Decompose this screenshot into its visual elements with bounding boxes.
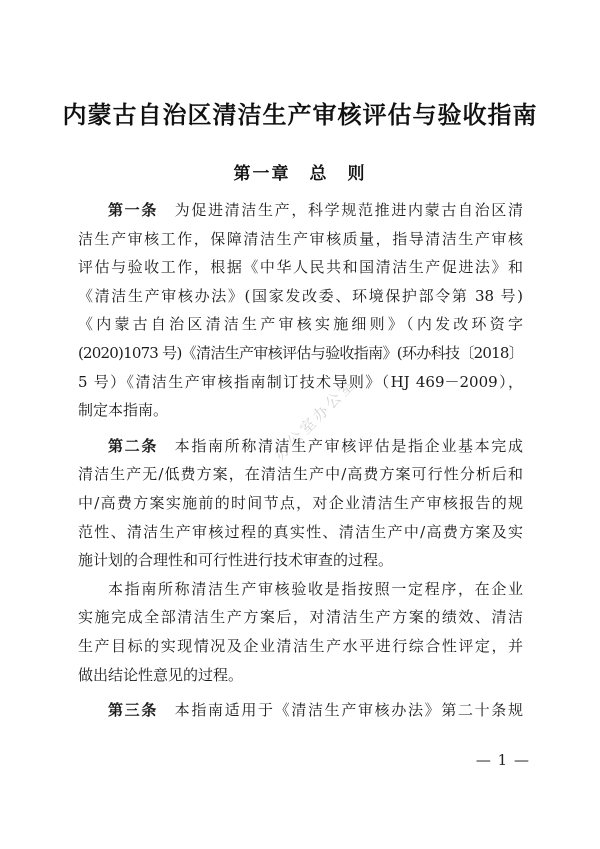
body-line: 《清洁生产审核办法》(国家发改委、环境保护部令第 38 号)	[78, 282, 523, 311]
body-line: 第二条 本指南所称清洁生产审核评估是指企业基本完成	[78, 432, 523, 461]
paragraph: 第二条 本指南所称清洁生产审核评估是指企业基本完成 清洁生产无/低费方案，在清洁…	[78, 432, 523, 575]
body-line: 中/高费方案实施前的时间节点，对企业清洁生产审核报告的规	[78, 489, 523, 518]
body-line: 实施完成全部清洁生产方案后，对清洁生产方案的绩效、清洁	[78, 603, 523, 632]
article-number: 第一条	[108, 201, 158, 219]
body-line: 第三条 本指南适用于《清洁生产审核办法》第二十条规	[78, 696, 523, 725]
paragraph: 本指南所称清洁生产审核验收是指按照一定程序，在企业 实施完成全部清洁生产方案后，…	[78, 575, 523, 689]
article-number: 第二条	[108, 437, 158, 455]
document-page: 内蒙古自治区清洁生产审核评估与验收指南 第一章 总 则 办公室办公室 第一条 为…	[0, 0, 600, 849]
body-line: 第一条 为促进清洁生产，科学规范推进内蒙古自治区清	[78, 196, 523, 225]
document-title: 内蒙古自治区清洁生产审核评估与验收指南	[0, 95, 600, 130]
body-line: 做出结论性意见的过程。	[78, 661, 523, 690]
article-number: 第三条	[108, 701, 158, 719]
page-number: — 1 —	[476, 751, 530, 769]
text-run: 本指南所称清洁生产审核评估是指企业基本完成	[158, 437, 523, 455]
body-line: (2020)1073 号)《清洁生产审核评估与验收指南》(环办科技〔2018〕	[78, 339, 523, 368]
text-run: 本指南适用于《清洁生产审核办法》第二十条规	[158, 701, 523, 719]
body-line: 生产目标的实现情况及企业清洁生产水平进行综合性评定，并	[78, 632, 523, 661]
chapter-heading: 第一章 总 则	[0, 159, 600, 184]
paragraph: 第一条 为促进清洁生产，科学规范推进内蒙古自治区清 洁生产审核工作，保障清洁生产…	[78, 196, 523, 425]
body-line: 洁生产审核工作，保障清洁生产审核质量，指导清洁生产审核	[78, 225, 523, 254]
body-line: 范性、清洁生产审核过程的真实性、清洁生产中/高费方案及实	[78, 518, 523, 547]
body-line: 5 号）《清洁生产审核指南制订技术导则》（HJ 469－2009），	[78, 368, 523, 397]
body-line: 制定本指南。	[78, 396, 523, 425]
paragraph: 第三条 本指南适用于《清洁生产审核办法》第二十条规	[78, 696, 523, 725]
body-line: 清洁生产无/低费方案，在清洁生产中/高费方案可行性分析后和	[78, 460, 523, 489]
body-text: 第一条 为促进清洁生产，科学规范推进内蒙古自治区清 洁生产审核工作，保障清洁生产…	[78, 196, 523, 725]
body-line: 评估与验收工作，根据《中华人民共和国清洁生产促进法》和	[78, 253, 523, 282]
body-line: 《内蒙古自治区清洁生产审核实施细则》（内发改环资字	[78, 310, 523, 339]
body-line: 施计划的合理性和可行性进行技术审查的过程。	[78, 546, 523, 575]
text-run: 为促进清洁生产，科学规范推进内蒙古自治区清	[158, 201, 523, 219]
body-line: 本指南所称清洁生产审核验收是指按照一定程序，在企业	[78, 575, 523, 604]
